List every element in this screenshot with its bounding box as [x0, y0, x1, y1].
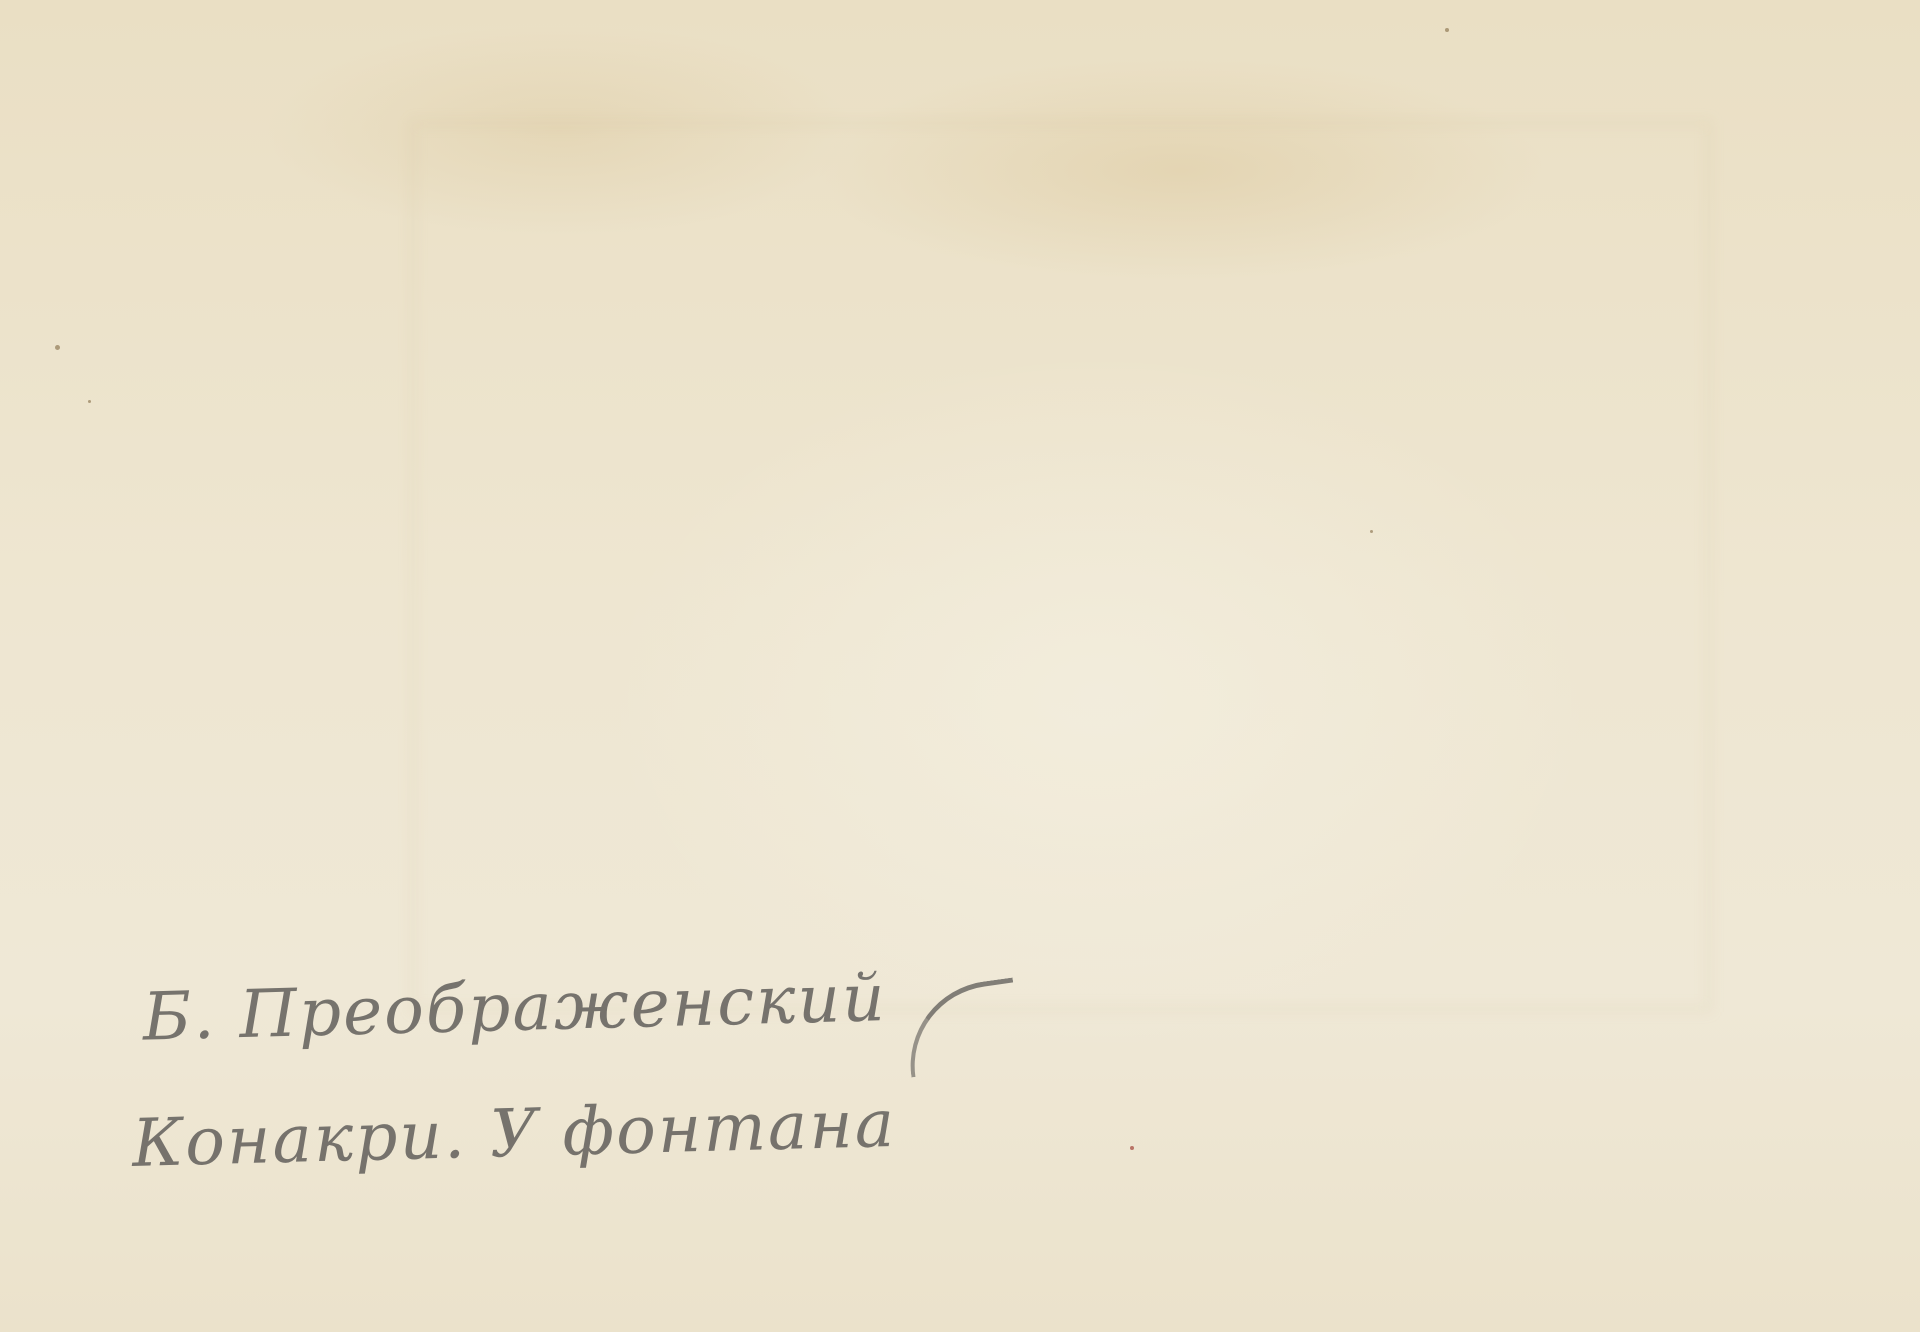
- handwritten-inscription: Б. Преображенский Конакри. У фонтана: [128, 965, 897, 1177]
- faded-print-outline: [410, 120, 1712, 1012]
- paper-speck: [1445, 28, 1449, 32]
- paper-speck: [55, 345, 60, 350]
- inscription-author: Б. Преображенский: [142, 965, 894, 1051]
- paper-speck: [88, 400, 91, 403]
- inscription-caption: Конакри. У фонтана: [131, 1091, 897, 1177]
- paper-speck: [1130, 1146, 1134, 1150]
- paper-speck: [1370, 530, 1373, 533]
